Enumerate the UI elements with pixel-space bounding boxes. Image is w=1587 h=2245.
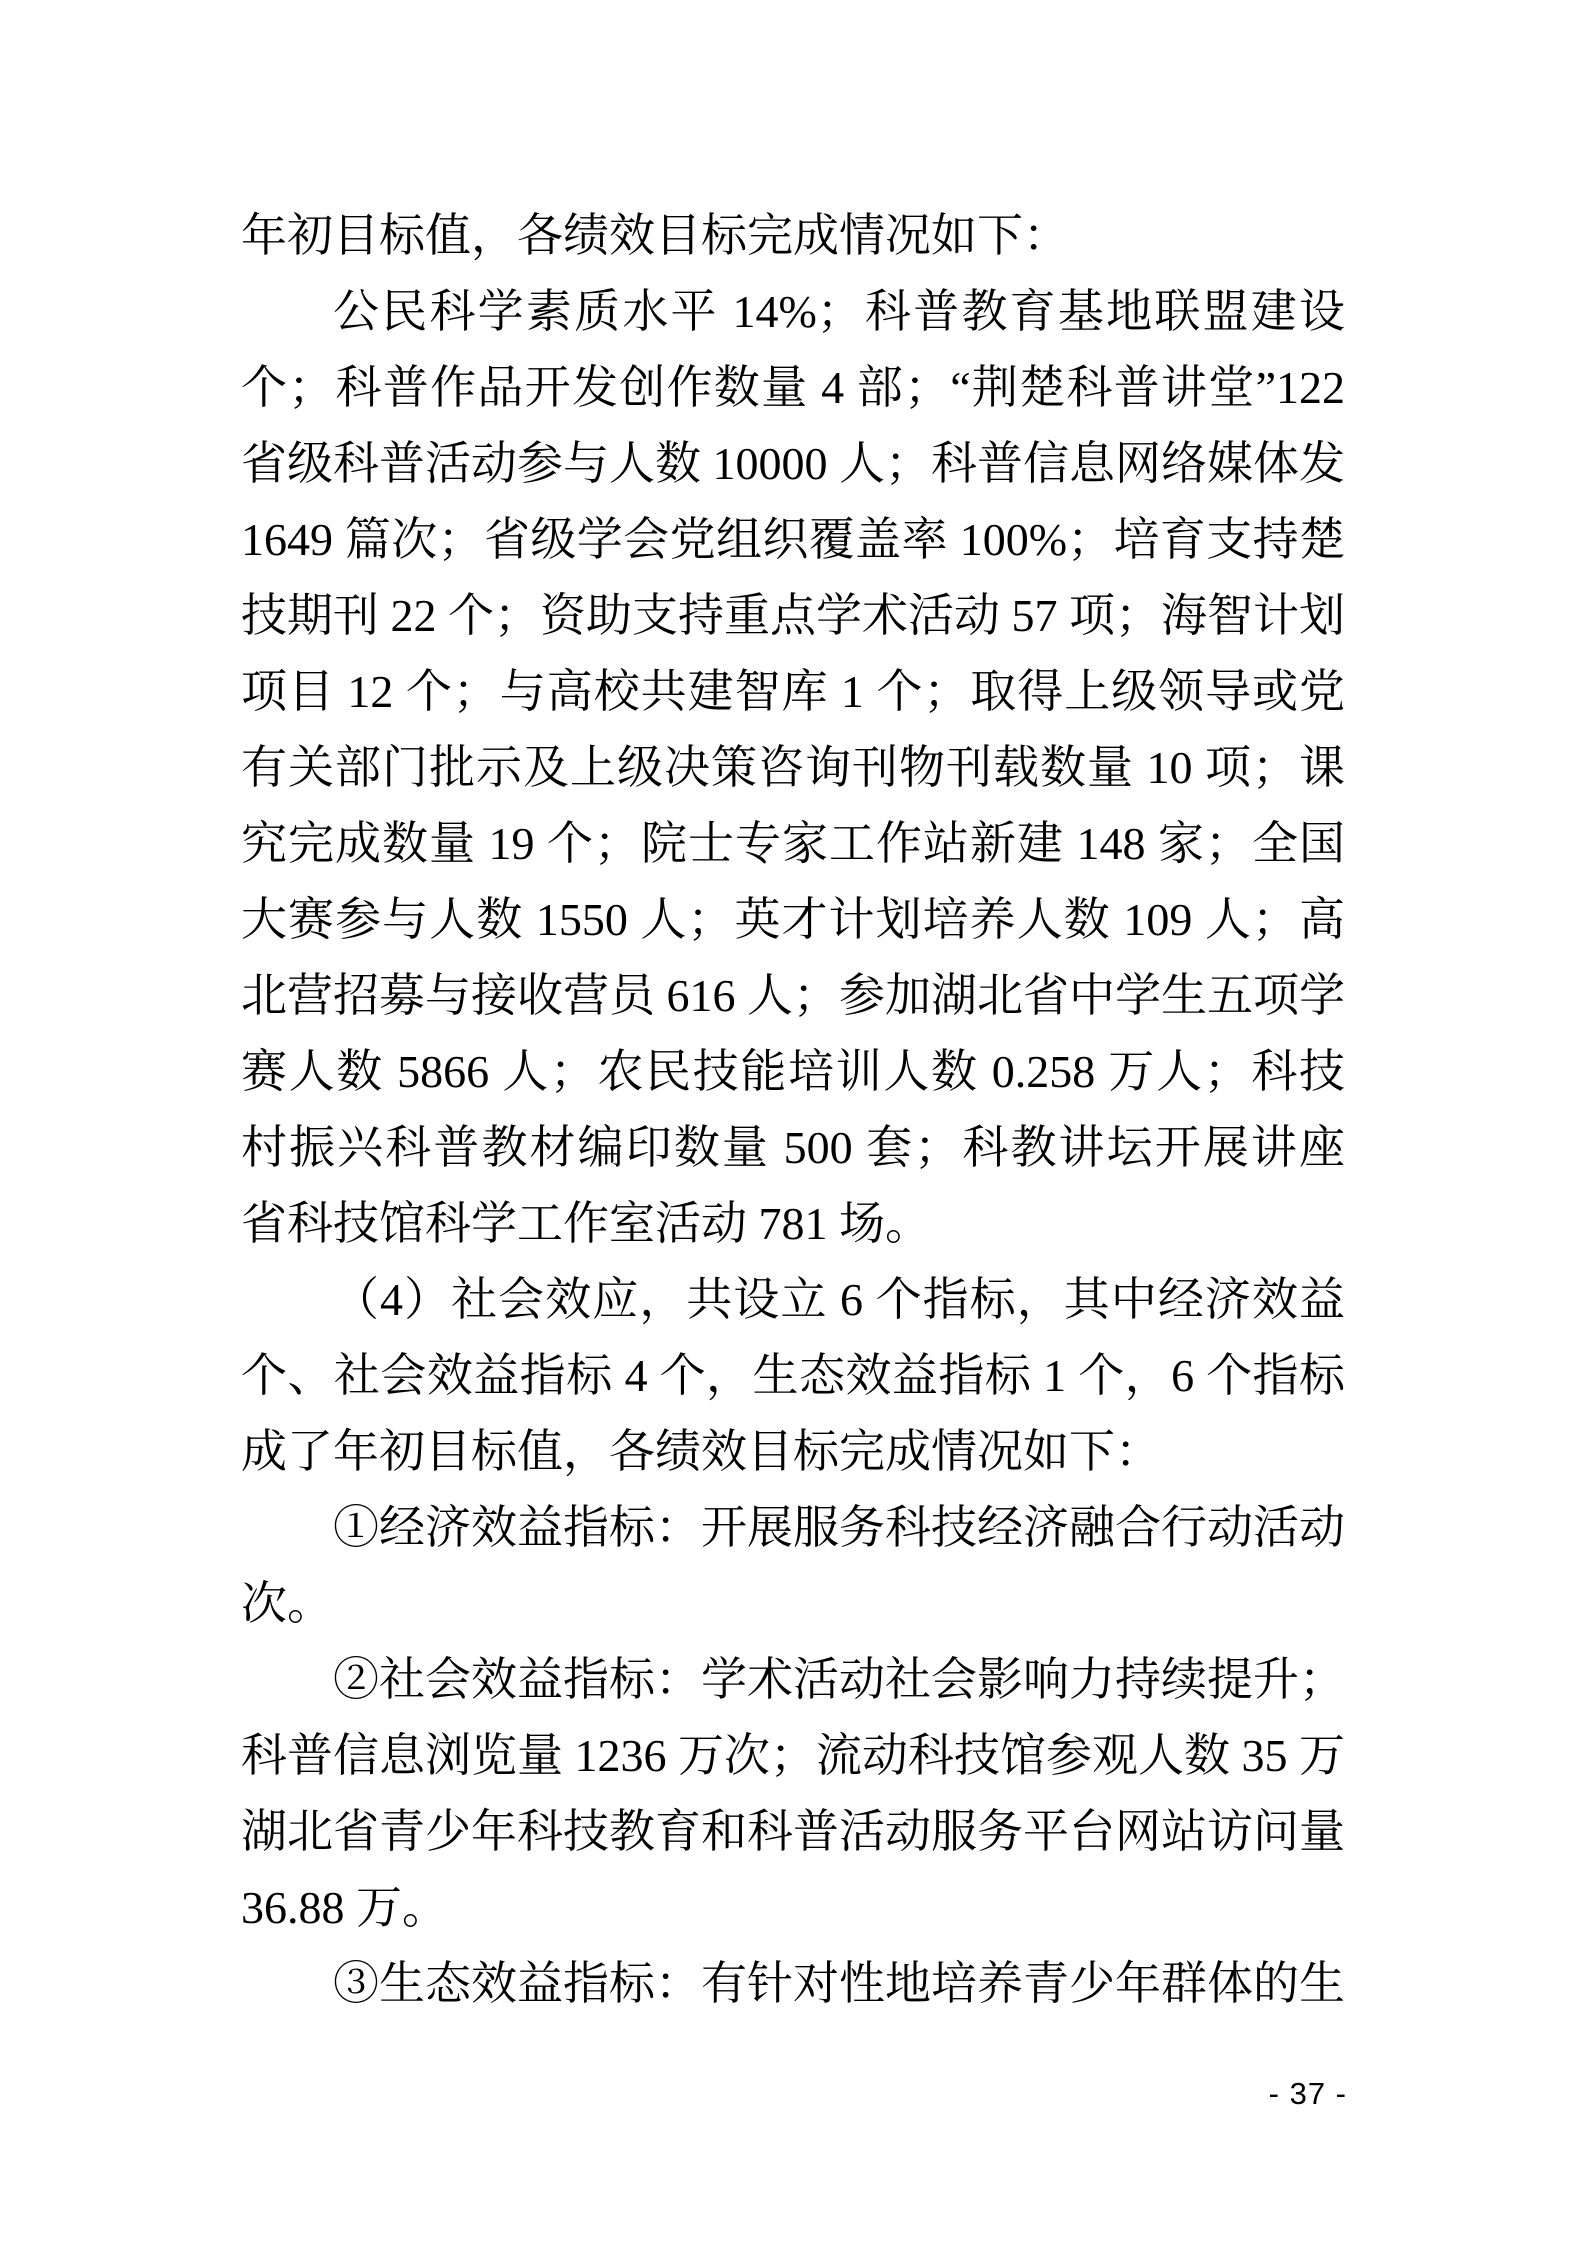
- text-line: 有关部门批示及上级决策咨询刊物刊载数量 10 项；课题研: [241, 730, 1345, 806]
- text-line: 公民科学素质水平 14%；科普教育基地联盟建设数量 1: [241, 274, 1345, 350]
- text-line: 年初目标值，各绩效目标完成情况如下：: [241, 198, 1345, 274]
- text-line: 成了年初目标值，各绩效目标完成情况如下：: [241, 1414, 1345, 1490]
- text-line: 究完成数量 19 个；院士专家工作站新建 148 家；全国创新: [241, 806, 1345, 882]
- text-line: 个、社会效益指标 4 个，生态效益指标 1 个，6 个指标均完: [241, 1338, 1345, 1414]
- text-line: ③生态效益指标：有针对性地培养青少年群体的生态环: [241, 1946, 1345, 2022]
- text-line: （4）社会效应，共设立 6 个指标，其中经济效益指标 1: [241, 1262, 1345, 1338]
- text-line: 湖北省青少年科技教育和科普活动服务平台网站访问量: [241, 1794, 1345, 1870]
- text-line: 北营招募与接收营员 616 人；参加湖北省中学生五项学科竞: [241, 958, 1345, 1034]
- text-line: 省级科普活动参与人数 10000 人；科普信息网络媒体发布: [241, 426, 1345, 502]
- text-line: ①经济效益指标：开展服务科技经济融合行动活动 13: [241, 1490, 1345, 1566]
- text-block: 年初目标值，各绩效目标完成情况如下：公民科学素质水平 14%；科普教育基地联盟建…: [241, 198, 1345, 2022]
- text-line: ②社会效益指标：学术活动社会影响力持续提升；各类: [241, 1642, 1345, 1718]
- text-line: 项目 12 个；与高校共建智库 1 个；取得上级领导或党委政府: [241, 654, 1345, 730]
- text-line: 村振兴科普教材编印数量 500 套；科教讲坛开展讲座 20 场；: [241, 1110, 1345, 1186]
- text-line: 1649 篇次；省级学会党组织覆盖率 100%；培育支持楚天科: [241, 502, 1345, 578]
- text-line: 36.88 万。: [241, 1870, 1345, 1946]
- text-line: 赛人数 5866 人；农民技能培训人数 0.258 万人；科技助力乡: [241, 1034, 1345, 1110]
- text-line: 技期刊 22 个；资助支持重点学术活动 57 项；海智计划资助: [241, 578, 1345, 654]
- text-line: 省科技馆科学工作室活动 781 场。: [241, 1186, 1345, 1262]
- text-line: 科普信息浏览量 1236 万次；流动科技馆参观人数 35 万人；: [241, 1718, 1345, 1794]
- text-line: 个；科普作品开发创作数量 4 部；“荆楚科普讲堂”122 次；: [241, 350, 1345, 426]
- document-page: 年初目标值，各绩效目标完成情况如下：公民科学素质水平 14%；科普教育基地联盟建…: [0, 0, 1587, 2245]
- text-line: 大赛参与人数 1550 人；英才计划培养人数 109 人；高校营湖: [241, 882, 1345, 958]
- text-line: 次。: [241, 1566, 1345, 1642]
- page-number: - 37 -: [1269, 2076, 1347, 2112]
